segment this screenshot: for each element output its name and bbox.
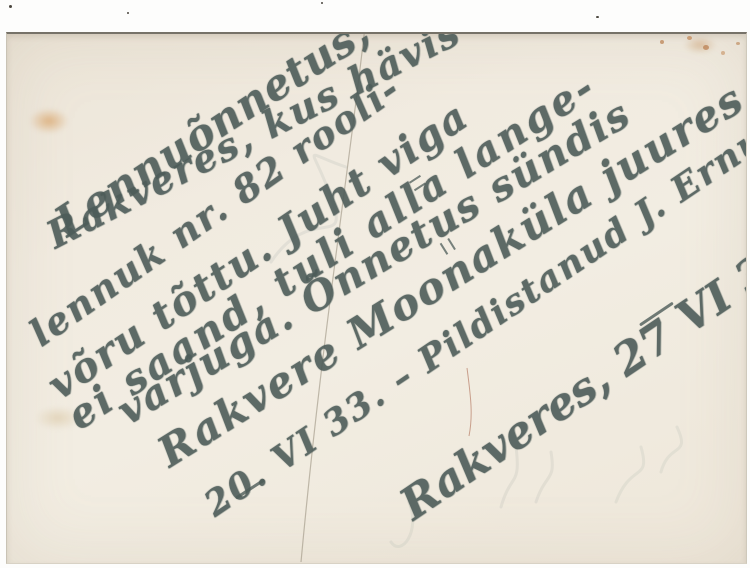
dust-speck bbox=[127, 12, 129, 14]
rust-spot bbox=[736, 42, 740, 45]
photo-card-back: Lennuõnnetus, Rakveres, kus hävis lennuk… bbox=[6, 32, 747, 564]
rust-spot bbox=[660, 40, 664, 44]
rust-spot bbox=[703, 45, 709, 50]
rust-spot bbox=[687, 36, 692, 40]
dust-speck bbox=[9, 5, 12, 8]
rust-spot bbox=[721, 51, 725, 55]
paper-stain bbox=[29, 108, 69, 134]
dust-speck bbox=[596, 16, 599, 18]
scan-background: Lennuõnnetus, Rakveres, kus hävis lennuk… bbox=[0, 0, 750, 568]
dust-speck bbox=[321, 2, 323, 4]
